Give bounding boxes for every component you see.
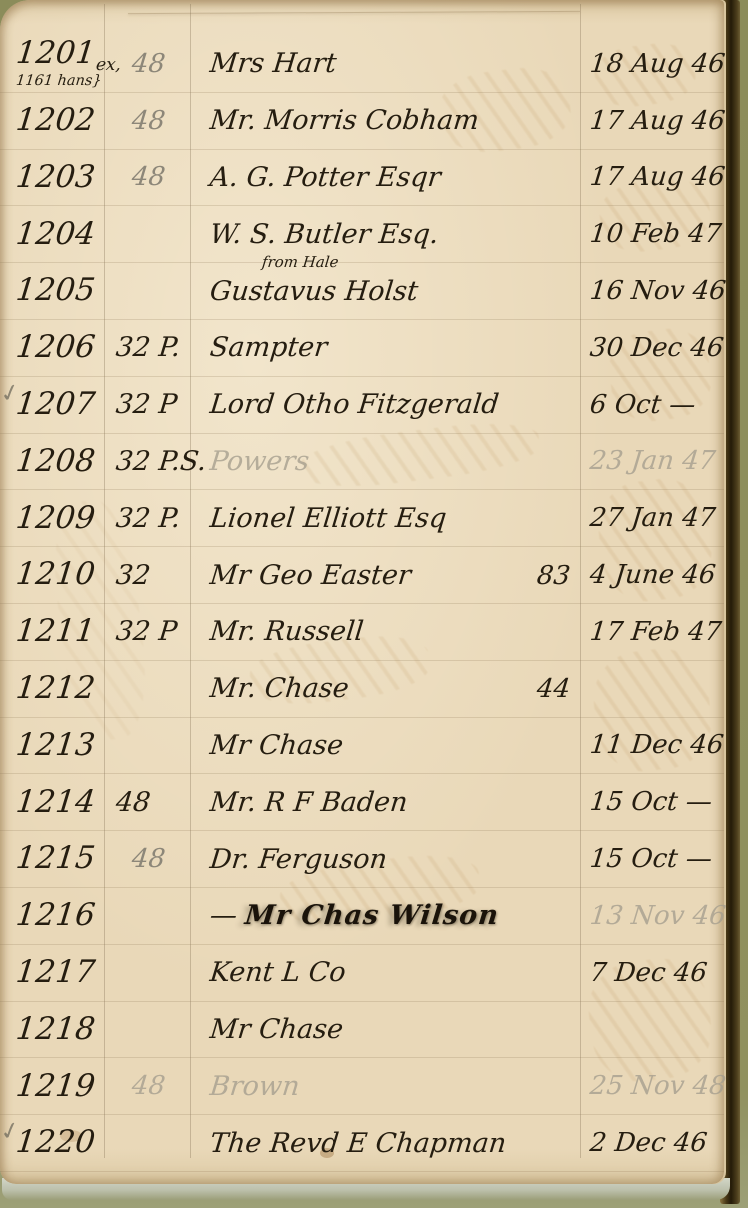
size-code-cell bbox=[104, 1128, 190, 1159]
entry-date: 17 Feb 47 bbox=[588, 617, 723, 647]
size-code-cell bbox=[104, 673, 190, 704]
entry-date: 2 Dec 46 bbox=[588, 1128, 708, 1158]
entry-date: 7 Dec 46 bbox=[588, 958, 708, 988]
entry-date: 27 Jan 47 bbox=[588, 503, 717, 533]
date-cell bbox=[580, 674, 724, 704]
name-dash: — bbox=[209, 902, 239, 929]
name-cell: Mr. R F Baden bbox=[190, 789, 580, 816]
entry-number: 1203 bbox=[14, 159, 97, 195]
ledger-row: ✓ 1211 32 P Mr. Russell 17 Feb 47 bbox=[0, 604, 724, 661]
entry-name: Mr. R F Baden bbox=[209, 789, 409, 816]
entry-number-cell: 1214 bbox=[0, 788, 104, 817]
date-cell: 23 Jan 47 bbox=[580, 446, 724, 476]
entry-date: 13 Nov 46 bbox=[588, 901, 727, 931]
ledger-row: ✓ 1208 32 P.S. Powers 23 Jan 47 bbox=[0, 434, 724, 491]
name-cell: Dr. Ferguson bbox=[190, 846, 580, 873]
ledger-row: ✓ 1219 48 Brown 25 Nov 48 bbox=[0, 1058, 724, 1115]
name-cell: The Revd E Chapman bbox=[190, 1130, 580, 1157]
name-cell: Lionel Elliott Esq bbox=[190, 505, 580, 532]
entry-name: Mr. Russell bbox=[209, 618, 365, 645]
ledger-row: ✓ 1203 48 A. G. Potter Esqr 17 Aug 46 bbox=[0, 150, 724, 207]
size-code-cell: 48 bbox=[104, 1071, 190, 1101]
entry-number: 1217 bbox=[14, 954, 97, 990]
entry-number-cell: 1202 bbox=[0, 106, 104, 135]
entry-date: 6 Oct — bbox=[588, 390, 697, 420]
entry-date: 18 Aug 46 bbox=[588, 49, 726, 79]
name-cell: Brown bbox=[190, 1073, 580, 1100]
entry-number: 1216 bbox=[14, 897, 97, 933]
ledger-row: ✓ 1216 — Mr Chas Wilson 13 Nov 46 bbox=[0, 888, 724, 945]
entry-number-cell: 1203 bbox=[0, 163, 104, 192]
entry-date: 15 Oct — bbox=[588, 844, 713, 874]
date-cell: 7 Dec 46 bbox=[580, 958, 724, 988]
size-code: 48 bbox=[130, 844, 166, 874]
size-code-cell: 48 bbox=[104, 106, 190, 136]
size-code: 32 P. bbox=[114, 332, 181, 363]
name-cell: Powers bbox=[190, 448, 580, 475]
entry-name: Kent L Co bbox=[209, 959, 348, 986]
entry-number-cell: 1216 bbox=[0, 901, 104, 930]
entry-number-cell: 1204 bbox=[0, 220, 104, 249]
entry-date: 16 Nov 46 bbox=[588, 276, 727, 306]
size-code-cell: 32 bbox=[104, 560, 190, 591]
entry-number: 1209 bbox=[14, 500, 97, 536]
entry-name: Mr. Chase bbox=[209, 675, 351, 702]
name-cell: Lord Otho Fitzgerald bbox=[190, 391, 580, 418]
entry-number-cell: 1209 bbox=[0, 504, 104, 533]
size-code-cell: 32 P.S. bbox=[104, 446, 190, 477]
ledger-row: ✓ 1202 48 Mr. Morris Cobham 17 Aug 46 bbox=[0, 93, 724, 150]
date-cell: 10 Feb 47 bbox=[580, 219, 724, 249]
size-code-cell: 32 P bbox=[104, 389, 190, 420]
entry-date: 4 June 46 bbox=[588, 560, 717, 590]
size-code: 32 P bbox=[114, 616, 178, 647]
entry-date: 17 Aug 46 bbox=[588, 162, 726, 192]
name-cell: Mrs Hart bbox=[190, 50, 580, 77]
entry-name: Mr Chas Wilson bbox=[244, 902, 501, 929]
entry-number: 1211 bbox=[14, 613, 97, 649]
date-cell: 27 Jan 47 bbox=[580, 503, 724, 533]
date-cell: 16 Nov 46 bbox=[580, 276, 724, 306]
entry-number-cell: 1215 bbox=[0, 844, 104, 873]
entry-number: 1218 bbox=[14, 1011, 97, 1047]
entry-name: Sampter bbox=[209, 334, 329, 361]
entry-number: 1202 bbox=[14, 102, 97, 138]
entry-date: 25 Nov 48 bbox=[588, 1071, 727, 1101]
date-cell: 15 Oct — bbox=[580, 787, 724, 817]
ledger-row: ✓ 1212 Mr. Chase 44 bbox=[0, 661, 724, 718]
entry-number: 1204 bbox=[14, 216, 97, 252]
date-cell: 17 Aug 46 bbox=[580, 162, 724, 192]
entry-date: 11 Dec 46 bbox=[588, 730, 725, 760]
name-cell: Sampter bbox=[190, 334, 580, 361]
entry-date: 15 Oct — bbox=[588, 787, 713, 817]
size-code: 32 bbox=[114, 560, 152, 591]
ledger-row: ✓ 1207 32 P Lord Otho Fitzgerald 6 Oct — bbox=[0, 377, 724, 434]
name-cell: Mr. Chase 44 bbox=[190, 675, 580, 702]
size-code-cell bbox=[104, 900, 190, 931]
entry-number: 1213 bbox=[14, 727, 97, 763]
entry-extra-number: 44 bbox=[536, 676, 572, 702]
entry-number-cell: 1206 bbox=[0, 333, 104, 362]
ledger-row: ✓ 1205 Gustavus Holst 16 Nov 46 bbox=[0, 263, 724, 320]
entry-number-cell: 1213 bbox=[0, 731, 104, 760]
ledger-row: ✓ 1215 48 Dr. Ferguson 15 Oct — bbox=[0, 831, 724, 888]
size-code-cell bbox=[104, 957, 190, 988]
ledger-row: ✓ 1217 Kent L Co 7 Dec 46 bbox=[0, 945, 724, 1002]
entry-number-cell: 1201ex, 1161 hans} bbox=[0, 39, 104, 88]
entry-number-cell: 1219 bbox=[0, 1072, 104, 1101]
name-cell: Mr. Russell bbox=[190, 618, 580, 645]
ledger-page: ✓ 1201ex, 1161 hans} 48 Mrs Hart 18 Aug … bbox=[0, 0, 724, 1184]
ledger-row: ✓ 1206 32 P. Sampter 30 Dec 46 bbox=[0, 320, 724, 377]
entry-date: 10 Feb 47 bbox=[588, 219, 723, 249]
size-code-cell bbox=[104, 1014, 190, 1045]
entry-name: Gustavus Holst bbox=[209, 278, 420, 305]
entry-number: 1215 bbox=[14, 840, 97, 876]
name-cell: Kent L Co bbox=[190, 959, 580, 986]
entry-name: The Revd E Chapman bbox=[209, 1130, 508, 1157]
entry-number: 1201 bbox=[14, 35, 97, 71]
name-cell: Gustavus Holst bbox=[190, 278, 580, 305]
date-cell: 17 Feb 47 bbox=[580, 617, 724, 647]
ledger-row: ✓ 1214 48 Mr. R F Baden 15 Oct — bbox=[0, 774, 724, 831]
size-code-cell bbox=[104, 219, 190, 250]
name-cell: Mr. Morris Cobham bbox=[190, 107, 580, 134]
name-cell: Mr Chase bbox=[190, 732, 580, 759]
entry-name: W. S. Butler Esq. bbox=[209, 221, 440, 248]
date-cell: 17 Aug 46 bbox=[580, 106, 724, 136]
ledger-rows: ✓ 1201ex, 1161 hans} 48 Mrs Hart 18 Aug … bbox=[0, 36, 724, 1172]
entry-number: 1220 bbox=[14, 1124, 97, 1160]
size-code-cell: 48 bbox=[104, 787, 190, 818]
size-code-cell: 32 P. bbox=[104, 332, 190, 363]
ledger-row: ✓ 1210 32 Mr Geo Easter 83 4 June 46 bbox=[0, 547, 724, 604]
date-cell: 4 June 46 bbox=[580, 560, 724, 590]
date-cell bbox=[580, 1014, 724, 1044]
entry-number: 1214 bbox=[14, 784, 97, 820]
name-cell: A. G. Potter Esqr bbox=[190, 164, 580, 191]
entry-number-note: 1161 hans} bbox=[15, 75, 104, 89]
ledger-row: ✓ 1220 The Revd E Chapman 2 Dec 46 bbox=[0, 1115, 724, 1172]
size-code-cell: 48 bbox=[104, 844, 190, 874]
ledger-row: ✓ 1204 W. S. Butler Esq. from Hale 10 Fe… bbox=[0, 206, 724, 263]
date-cell: 18 Aug 46 bbox=[580, 49, 724, 79]
size-code: 48 bbox=[130, 162, 166, 192]
entry-number: 1206 bbox=[14, 329, 97, 365]
date-cell: 2 Dec 46 bbox=[580, 1128, 724, 1158]
entry-number: 1205 bbox=[14, 272, 97, 308]
entry-number-cell: 1211 bbox=[0, 617, 104, 646]
paper-crease bbox=[128, 11, 580, 14]
entry-name: Lionel Elliott Esq bbox=[209, 505, 448, 532]
date-cell: 30 Dec 46 bbox=[580, 333, 724, 363]
entry-name: A. G. Potter Esqr bbox=[209, 164, 443, 191]
size-code: 32 P. bbox=[114, 503, 181, 534]
size-code-cell: 32 P. bbox=[104, 503, 190, 534]
entry-number: 1208 bbox=[14, 443, 97, 479]
size-code-cell: 32 P bbox=[104, 616, 190, 647]
entry-name: Mr Geo Easter bbox=[209, 562, 413, 589]
entry-number: 1212 bbox=[14, 670, 97, 706]
scanned-ledger-photo: { "document": { "kind": "handwritten led… bbox=[0, 0, 748, 1208]
ledger-row: ✓ 1209 32 P. Lionel Elliott Esq 27 Jan 4… bbox=[0, 490, 724, 547]
entry-number-cell: 1208 bbox=[0, 447, 104, 476]
entry-name: Powers bbox=[209, 448, 311, 475]
date-cell: 15 Oct — bbox=[580, 844, 724, 874]
ledger-row: ✓ 1218 Mr Chase bbox=[0, 1002, 724, 1059]
entry-name: Mr. Morris Cobham bbox=[209, 107, 481, 134]
size-code: 48 bbox=[130, 106, 166, 136]
date-cell: 6 Oct — bbox=[580, 390, 724, 420]
entry-name: Mr Chase bbox=[209, 1016, 345, 1043]
entry-name: Lord Otho Fitzgerald bbox=[209, 391, 501, 418]
ledger-row: ✓ 1213 Mr Chase 11 Dec 46 bbox=[0, 718, 724, 775]
name-cell: Mr Chase bbox=[190, 1016, 580, 1043]
size-code: 48 bbox=[114, 787, 152, 818]
size-code-cell bbox=[104, 730, 190, 761]
name-cell: — Mr Chas Wilson bbox=[190, 902, 580, 929]
entry-date: 23 Jan 47 bbox=[588, 446, 717, 476]
size-code: 48 bbox=[130, 1071, 166, 1101]
entry-name: Brown bbox=[209, 1073, 301, 1100]
entry-number-cell: 1218 bbox=[0, 1015, 104, 1044]
entry-name: Mr Chase bbox=[209, 732, 345, 759]
entry-date: 17 Aug 46 bbox=[588, 106, 726, 136]
size-code: 48 bbox=[130, 49, 166, 79]
name-cell: W. S. Butler Esq. from Hale bbox=[190, 221, 580, 248]
date-cell: 11 Dec 46 bbox=[580, 730, 724, 760]
entry-extra-number: 83 bbox=[536, 563, 572, 589]
entry-date: 30 Dec 46 bbox=[588, 333, 725, 363]
name-cell: Mr Geo Easter 83 bbox=[190, 562, 580, 589]
entry-number-cell: 1205 bbox=[0, 276, 104, 305]
date-cell: 13 Nov 46 bbox=[580, 901, 724, 931]
entry-number: 1207 bbox=[14, 386, 97, 422]
date-cell: 25 Nov 48 bbox=[580, 1071, 724, 1101]
entry-number-cell: 1217 bbox=[0, 958, 104, 987]
entry-number: 1210 bbox=[14, 556, 97, 592]
entry-name: Dr. Ferguson bbox=[209, 846, 389, 873]
size-code-cell: 48 bbox=[104, 162, 190, 192]
entry-number-cell: 1210 bbox=[0, 560, 104, 589]
size-code: 32 P bbox=[114, 389, 178, 420]
entry-number: 1219 bbox=[14, 1068, 97, 1104]
entry-number-cell: 1212 bbox=[0, 674, 104, 703]
size-code-cell bbox=[104, 276, 190, 307]
entry-name: Mrs Hart bbox=[209, 50, 338, 77]
ledger-row: ✓ 1201ex, 1161 hans} 48 Mrs Hart 18 Aug … bbox=[0, 36, 724, 93]
